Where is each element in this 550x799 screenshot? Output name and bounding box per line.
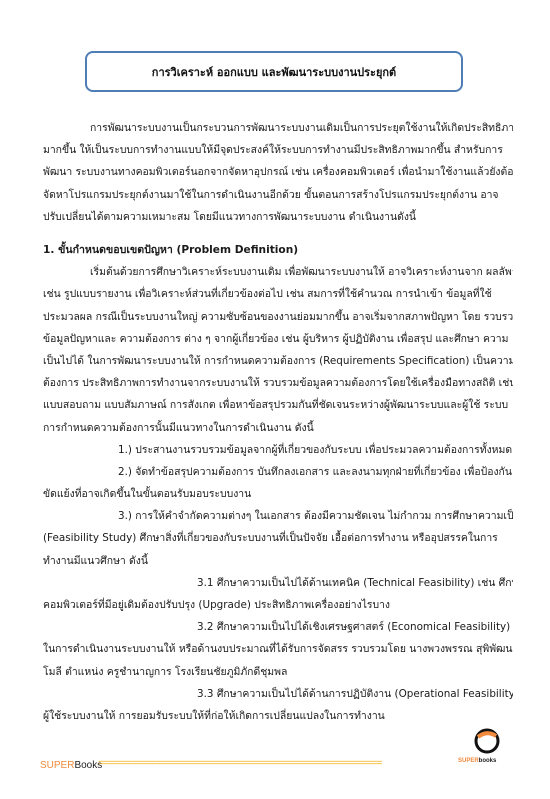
sub-list-item: 3.3 ศึกษาความเป็นไปได้ด้านการปฏิบัติงาน … [43,683,513,705]
text-line: เริ่มต้นด้วยการศึกษาวิเคราะห์ระบบงานเดิม… [43,261,513,283]
sub-list-item-continued: คอมพิวเตอร์ที่มีอยู่เดิมต้องปรับปรุง (Up… [43,594,513,616]
footer-brand: SUPERBooks [40,760,102,771]
document-page: การวิเคราะห์ ออกแบบ และพัฒนาระบบงานประยุ… [0,0,550,799]
list-item: 2.) จัดทำข้อสรุปความต้องการ บันทึกลงเอกส… [43,461,513,483]
list-item-continued: (Feasibility Study) ศึกษาสิ่งที่เกี่ยวขอ… [43,527,513,549]
text-line: การกำหนดความต้องการนั้นมีแนวทางในการดำเน… [43,417,513,439]
text-line: ข้อมูลปัญหาและ ความต้องการ ต่าง ๆ จากผู้… [43,328,513,350]
text-line: การพัฒนาระบบงานเป็นกระบวนการพัฒนาระบบงาน… [43,117,513,139]
text-line: ประมวลผล กรณีเป็นระบบงานใหญ่ ความซับซ้อน… [43,306,513,328]
section-heading: 1. ขั้นกำหนดขอบเขตปัญหา (Problem Definit… [43,239,513,261]
text-line: ต้องการ ประสิทธิภาพการทำงานจากระบบงานให้… [43,372,513,394]
text-line: มากขึ้น ให้เป็นระบบการทำงานแบบให้มีจุดปร… [43,139,513,161]
text-line: พัฒนา ระบบงานทางคอมพิวเตอร์นอกจากจัดหาอุ… [43,161,513,183]
text-line: เป็นไปได้ ในการพัฒนาระบบงานให้ การกำหนดค… [43,350,513,372]
list-item: 1.) ประสานงานรวบรวมข้อมูลจากผู้ที่เกี่ยว… [43,439,513,461]
list-item: 3.) การให้คำจำกัดความต่างๆ ในเอกสาร ต้อง… [43,505,513,527]
document-title: การวิเคราะห์ ออกแบบ และพัฒนาระบบงานประยุ… [152,63,396,81]
brand-super-text: SUPER [40,760,74,771]
text-line: แบบสอบถาม แบบสัมภาษณ์ การสังเกต เพื่อหาข… [43,394,513,416]
superbooks-logo: SUPERbooks [454,728,514,774]
list-item-continued: ขัดแย้งที่อาจเกิดขึ้นในขั้นตอนรับมอบระบบ… [43,483,513,505]
footer-rule: ========================================… [98,759,453,770]
sub-list-item-continued: ในการดำเนินงานระบบงานให้ หรือด้านงบประมา… [43,638,513,660]
logo-swirl-icon [474,728,500,754]
intro-paragraph: การพัฒนาระบบงานเป็นกระบวนการพัฒนาระบบงาน… [43,117,513,228]
sub-list-item-continued: ผู้ใช้ระบบงานให้ การยอมรับระบบให้ที่ก่อใ… [43,705,513,727]
sub-list-item-continued: โมลี ตำแหน่ง ครูชำนาญการ โรงเรียนชัยภูมิ… [43,661,513,683]
sub-list-item: 3.1 ศึกษาความเป็นไปได้ด้านเทคนิค (Techni… [43,572,513,594]
logo-text: SUPERbooks [458,758,496,764]
list-item-continued: ทำงานมีแนวศึกษา ดังนี้ [43,550,513,572]
text-line: เช่น รูปแบบรายงาน เพื่อวิเคราะห์ส่วนที่เ… [43,283,513,305]
title-box: การวิเคราะห์ ออกแบบ และพัฒนาระบบงานประยุ… [85,51,463,92]
sub-list-item: 3.2 ศึกษาความเป็นไปได้เชิงเศรษฐศาสตร์ (E… [43,616,513,638]
section-1: 1. ขั้นกำหนดขอบเขตปัญหา (Problem Definit… [43,239,513,727]
text-line: จัดหาโปรแกรมประยุกต์งานมาใช้ในการดำเนินง… [43,184,513,206]
text-line: ปรับเปลี่ยนได้ตามความเหมาะสม โดยมีแนวทาง… [43,206,513,228]
page-footer: SUPERBooks =============================… [40,758,520,776]
